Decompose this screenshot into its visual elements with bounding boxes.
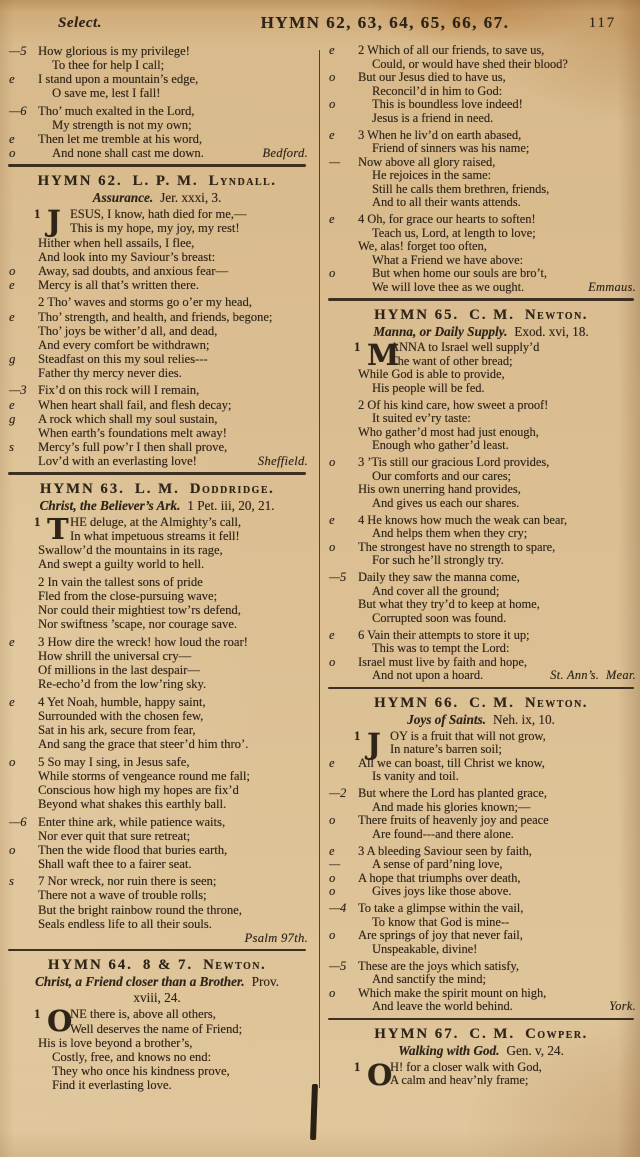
- dropcap-lines: 1OH! for a closer walk with God,A calm a…: [326, 1061, 636, 1088]
- hymn-line: Still he calls them brethren, friends,: [326, 183, 636, 197]
- hymn-line: —6Enter thine ark, while patience waits,: [6, 815, 308, 829]
- hymn-line: What a Friend we have above:: [326, 254, 636, 268]
- expression-marker: e: [329, 757, 335, 771]
- hymn-line: o5 So may I sing, in Jesus safe,: [6, 755, 308, 769]
- tune-attribution: Bedford.: [256, 146, 308, 160]
- expression-marker: e: [329, 629, 335, 643]
- hymn-line: Surrounded with the chosen few,: [6, 709, 308, 723]
- expression-marker: e: [329, 44, 335, 58]
- expression-marker: o: [9, 755, 15, 769]
- expression-marker: o: [329, 267, 335, 281]
- hymn-line: eMercy is all that’s written there.: [6, 278, 308, 292]
- section-rule: [8, 472, 306, 475]
- drop-cap: J: [367, 731, 381, 757]
- expression-marker: g: [9, 412, 15, 426]
- expression-marker: o: [329, 814, 335, 828]
- hymn-line: oIsrael must live by faith and hope,: [326, 656, 636, 670]
- hymn-line: Costly, free, and knows no end:: [6, 1050, 308, 1064]
- hymn-stanza: —4To take a glimpse within the vail,To k…: [326, 902, 636, 956]
- hymn-line: To know that God is mine--: [326, 916, 636, 930]
- hymn-stanza: 2 Tho’ waves and storms go o’er my head,…: [6, 295, 308, 380]
- hymn-line: oThe strongest have no strength to spare…: [326, 541, 636, 555]
- tune-attribution: Psalm 97th.: [239, 931, 308, 945]
- hymn-line: Emmaus.We will love thee as we ought.: [326, 281, 636, 295]
- hymn-line: Nor could their mightiest tow’rs defend,: [6, 603, 308, 617]
- hymn-line: oBut our Jesus died to have us,: [326, 71, 636, 85]
- hymn-line: They who once his kindness prove,: [6, 1064, 308, 1078]
- expression-marker: e: [9, 72, 15, 86]
- tune-attribution: Emmaus.: [582, 281, 636, 295]
- hymn-verse: 1OH! for a closer walk with God,A calm a…: [326, 1061, 636, 1088]
- hymn-stanza: e4 Yet Noah, humble, happy saint,Surroun…: [6, 695, 308, 751]
- hymn-stanza: 2 In vain the tallest sons of prideFled …: [6, 575, 308, 631]
- scripture-reference: Gen. v, 24.: [506, 1043, 563, 1058]
- hymn-stanza: o3 ’Tis still our gracious Lord provides…: [326, 456, 636, 510]
- hymn-line: His people will be fed.: [326, 382, 636, 396]
- dropcap-lines: 1JOY is a fruit that will not grow,In na…: [326, 730, 636, 757]
- expression-marker: e: [329, 213, 335, 227]
- hymn-author: Doddridge.: [190, 481, 274, 497]
- hymn-line: —3Fix’d on this rock will I remain,: [6, 383, 308, 397]
- hymn-line: It suited ev’ry taste:: [326, 412, 636, 426]
- hymn-stanza: —6Enter thine ark, while patience waits,…: [6, 815, 308, 871]
- hymn-title: Christ, a Friend closer than a Brother.: [35, 974, 245, 989]
- dropcap-lines: 1THE deluge, at the Almighty’s call,In w…: [6, 515, 308, 543]
- tune-attribution: St. Ann’s. Mear.: [544, 669, 636, 683]
- drop-cap: T: [47, 516, 69, 542]
- hymn-line: s7 Nor wreck, nor ruin there is seen;: [6, 874, 308, 888]
- hymn-line: Swallow’d the mountains in its rage,: [6, 543, 308, 557]
- hymn-title: Walking with God.: [398, 1043, 499, 1058]
- hymn-line: The want of other bread;: [390, 355, 636, 369]
- hymn-stanza: e3 How dire the wreck! how loud the roar…: [6, 635, 308, 691]
- hymn-line: ESUS, I know, hath died for me,—: [70, 207, 308, 221]
- hymn-line: But what they try’d to keep at home,: [326, 598, 636, 612]
- hymn-line: e3 How dire the wreck! how loud the roar…: [6, 635, 308, 649]
- hymn-line: While God is able to provide,: [326, 368, 636, 382]
- hymn-line: oThis is boundless love indeed!: [326, 98, 636, 112]
- hymn-line: In what impetuous streams it fell!: [70, 529, 308, 543]
- hymn-meter: C. M.: [469, 695, 515, 711]
- hymn-line: For such he’ll strongly try.: [326, 554, 636, 568]
- hymn-subtitle: Assurance.Jer. xxxi, 3.: [6, 190, 308, 206]
- hymn-heading: HYMN 64.8 & 7.Newton.: [6, 956, 308, 974]
- column-divider-ink-blot: [310, 1084, 318, 1140]
- hymn-line: oAway, sad doubts, and anxious fear—: [6, 264, 308, 278]
- hymn-line: And swept a guilty world to hell.: [6, 557, 308, 571]
- hymn-author: Newton.: [525, 307, 588, 323]
- expression-marker: —3: [9, 383, 27, 397]
- hymn-meter: 8 & 7.: [143, 957, 193, 973]
- hymn-line: —4To take a glimpse within the vail,: [326, 902, 636, 916]
- expression-marker: e: [9, 635, 15, 649]
- hymn-line: o3 ’Tis still our gracious Lord provides…: [326, 456, 636, 470]
- scripture-reference: Jer. xxxi, 3.: [160, 190, 221, 205]
- hymn-author: Newton.: [203, 957, 266, 973]
- hymn-number: HYMN 64.: [48, 957, 133, 973]
- hymn-line: We, alas! forget too often,: [326, 240, 636, 254]
- hymn-number: HYMN 66.: [374, 695, 459, 711]
- hymn-line: Of millions in the last despair—: [6, 663, 308, 677]
- hymn-verse: 1THE deluge, at the Almighty’s call,In w…: [6, 515, 308, 571]
- hymn-line: eWhen heart shall fail, and flesh decay;: [6, 398, 308, 412]
- expression-marker: —6: [9, 104, 27, 118]
- hymn-line: e6 Vain their attempts to store it up;: [326, 629, 636, 643]
- hymn-stanza: e3 When he liv’d on earth abased,Friend …: [326, 129, 636, 210]
- section-rule: [8, 949, 306, 952]
- hymn-line: eAll we can boast, till Christ we know,: [326, 757, 636, 771]
- hymn-line: In nature’s barren soil;: [390, 743, 636, 757]
- hymn-line: —Now above all glory raised,: [326, 156, 636, 170]
- hymn-heading: HYMN 62.L. P. M.Lyndall.: [6, 172, 308, 190]
- expression-marker: —2: [329, 787, 346, 801]
- expression-marker: s: [9, 874, 14, 888]
- hymn-line: —5These are the joys which satisfy,: [326, 960, 636, 974]
- hymn-meter: C. M.: [469, 307, 515, 323]
- hymn-line: And to all their wants attends.: [326, 196, 636, 210]
- hymn-line: eTho’ strength, and health, and friends,…: [6, 310, 308, 324]
- expression-marker: —5: [9, 44, 27, 58]
- hymn-line: And helps them when they cry;: [326, 527, 636, 541]
- hymn-line: Sheffield.Lov’d with an everlasting love…: [6, 454, 308, 468]
- hymn-line: Father thy mercy never dies.: [6, 366, 308, 380]
- hymn-number: HYMN 62.: [38, 173, 123, 189]
- hymn-line: Beyond what shakes this earthly ball.: [6, 797, 308, 811]
- expression-marker: o: [329, 98, 335, 112]
- expression-marker: —5: [329, 571, 346, 585]
- hymn-line: oAre springs of joy that never fail,: [326, 929, 636, 943]
- expression-marker: o: [329, 872, 335, 886]
- hymn-line: oA hope that triumphs over death,: [326, 872, 636, 886]
- expression-marker: o: [329, 929, 335, 943]
- right-column: e2 Which of all our friends, to save us,…: [326, 44, 636, 1091]
- hymn-heading: HYMN 66.C. M.Newton.: [326, 694, 636, 712]
- hymn-line: And cover all the ground;: [326, 585, 636, 599]
- hymn-heading: HYMN 67.C. M.Cowper.: [326, 1025, 636, 1043]
- expression-marker: o: [329, 71, 335, 85]
- hymn-line: gSteadfast on this my soul relies---: [6, 352, 308, 366]
- hymn-subtitle: Joys of Saints.Neh. ix, 10.: [326, 712, 636, 728]
- hymn-stanza: —3Fix’d on this rock will I remain,eWhen…: [6, 383, 308, 468]
- hymn-stanza: —5Daily they saw the manna come,And cove…: [326, 571, 636, 625]
- hymn-title: Christ, the Believer’s Ark.: [40, 498, 181, 513]
- expression-marker: s: [9, 440, 14, 454]
- hymn-line: oGives joys like those above.: [326, 885, 636, 899]
- hymn-line: HE deluge, at the Almighty’s call,: [70, 515, 308, 529]
- hymn-line: 2 In vain the tallest sons of pride: [6, 575, 308, 589]
- hymn-line: eI stand upon a mountain’s edge,: [6, 72, 308, 86]
- drop-cap: M: [367, 342, 399, 368]
- hymn-stanza: s7 Nor wreck, nor ruin there is seen;The…: [6, 874, 308, 944]
- hymn-line: This is my hope, my joy, my rest!: [70, 221, 308, 235]
- hymn-line: Shall waft thee to a fairer seat.: [6, 857, 308, 871]
- drop-cap: O: [367, 1062, 392, 1088]
- expression-marker: e: [329, 845, 335, 859]
- hymn-stanza: —2But where the Lord has planted grace,A…: [326, 787, 636, 841]
- section-rule: [8, 164, 306, 167]
- hymn-line: Psalm 97th.: [6, 931, 308, 945]
- hymn-line: While storms of vengeance round me fall;: [6, 769, 308, 783]
- tune-attribution: York.: [603, 1000, 636, 1014]
- hymn-line: He rejoices in the same:: [326, 169, 636, 183]
- hymn-line: There not a wave of trouble rolls;: [6, 888, 308, 902]
- hymn-line: —2But where the Lord has planted grace,: [326, 787, 636, 801]
- expression-marker: o: [329, 987, 335, 1001]
- hymn-line: Could, or would have shed their blood?: [326, 58, 636, 72]
- hymn-stanza: o5 So may I sing, in Jesus safe,While st…: [6, 755, 308, 811]
- hymn-line: e3 A bleeding Saviour seen by faith,: [326, 845, 636, 859]
- tune-attribution: Sheffield.: [252, 454, 308, 468]
- hymn-line: 2 Of his kind care, how sweet a proof!: [326, 399, 636, 413]
- hymn-line: Is vanity and toil.: [326, 770, 636, 784]
- expression-marker: —: [329, 858, 340, 872]
- dropcap-lines: 1ONE there is, above all others,Well des…: [6, 1007, 308, 1035]
- expression-marker: e: [9, 132, 15, 146]
- hymn-stanza: e2 Which of all our friends, to save us,…: [326, 44, 636, 125]
- hymn-line: Seals endless life to all their souls.: [6, 917, 308, 931]
- hymn-author: Newton.: [525, 695, 588, 711]
- hymn-author: Lyndall.: [209, 173, 277, 189]
- expression-marker: e: [329, 129, 335, 143]
- expression-marker: e: [9, 278, 15, 292]
- expression-marker: o: [9, 146, 15, 160]
- hymn-subtitle: Manna, or Daily Supply.Exod. xvi, 18.: [326, 324, 636, 340]
- hymn-line: H! for a closer walk with God,: [390, 1061, 636, 1075]
- hymn-number: HYMN 65.: [374, 307, 459, 323]
- hymn-stanza: 2 Of his kind care, how sweet a proof!It…: [326, 399, 636, 453]
- hymn-stanza: —6Tho’ much exalted in the Lord,My stren…: [6, 104, 308, 160]
- hymn-line: Conscious how high my hopes are fix’d: [6, 783, 308, 797]
- hymn-line: And gives us each our shares.: [326, 497, 636, 511]
- hymn-line: A calm and heav’nly frame;: [390, 1074, 636, 1088]
- hymn-stanza: e3 A bleeding Saviour seen by faith,—A s…: [326, 845, 636, 899]
- expression-marker: e: [9, 310, 15, 324]
- hymn-line: His is love beyond a brother’s,: [6, 1036, 308, 1050]
- hymn-line: And every comfort be withdrawn;: [6, 338, 308, 352]
- hymn-line: This was to tempt the Lord:: [326, 642, 636, 656]
- hymn-stanza: e4 Oh, for grace our hearts to soften!Te…: [326, 213, 636, 294]
- hymn-line: oWhich make the spirit mount on high,: [326, 987, 636, 1001]
- section-rule: [328, 1018, 634, 1021]
- hymn-subtitle: Christ, a Friend closer than a Brother.P…: [6, 974, 308, 1005]
- hymn-line: When earth’s foundations melt away!: [6, 426, 308, 440]
- hymn-line: And look into my Saviour’s breast:: [6, 250, 308, 264]
- hymn-line: e4 Oh, for grace our hearts to soften!: [326, 213, 636, 227]
- expression-marker: o: [329, 885, 335, 899]
- hymn-subtitle: Walking with God.Gen. v, 24.: [326, 1043, 636, 1059]
- column-divider: [319, 50, 320, 1088]
- section-rule: [328, 298, 634, 301]
- expression-marker: —5: [329, 960, 346, 974]
- expression-marker: e: [329, 514, 335, 528]
- left-column: —5How glorious is my privilege!To thee f…: [6, 44, 308, 1096]
- hymn-line: —6Tho’ much exalted in the Lord,: [6, 104, 308, 118]
- hymn-line: Find it everlasting love.: [6, 1078, 308, 1092]
- hymn-line: ANNA to Israel well supply’d: [390, 341, 636, 355]
- hymn-line: Re-echo’d from the low’ring sky.: [6, 677, 308, 691]
- hymn-line: oThen the wide flood that buries earth,: [6, 843, 308, 857]
- expression-marker: —6: [9, 815, 27, 829]
- hymn-meter: L. P. M.: [133, 173, 199, 189]
- expression-marker: o: [329, 656, 335, 670]
- hymn-line: sMercy’s full pow’r I then shall prove,: [6, 440, 308, 454]
- expression-marker: o: [9, 843, 15, 857]
- hymn-title: Joys of Saints.: [407, 712, 486, 727]
- hymn-line: And sanctify the mind;: [326, 973, 636, 987]
- hymn-line: And made his glories known;—: [326, 801, 636, 815]
- hymn-line: Unspeakable, divine!: [326, 943, 636, 957]
- hymn-line: —5Daily they saw the manna come,: [326, 571, 636, 585]
- page-number: 117: [589, 15, 616, 32]
- dropcap-lines: 1MANNA to Israel well supply’dThe want o…: [326, 341, 636, 368]
- hymn-line: OY is a fruit that will not grow,: [390, 730, 636, 744]
- hymn-line: oBut when home our souls are bro’t,: [326, 267, 636, 281]
- hymn-line: NE there is, above all others,: [70, 1007, 308, 1021]
- hymn-title: Assurance.: [93, 190, 153, 205]
- hymn-line: gA rock which shall my soul sustain,: [6, 412, 308, 426]
- hymn-line: Fled from the close-pursuing wave;: [6, 589, 308, 603]
- hymn-line: Are found---and there alone.: [326, 828, 636, 842]
- hymn-line: My strength is not my own;: [6, 118, 308, 132]
- hymn-verse: 1JESUS, I know, hath died for me,—This i…: [6, 207, 308, 292]
- scripture-reference: Neh. ix, 10.: [493, 712, 555, 727]
- drop-cap: O: [47, 1008, 72, 1034]
- expression-marker: —4: [329, 902, 346, 916]
- page-header-hymn-range: HYMN 62, 63, 64, 65, 66, 67.: [170, 13, 600, 33]
- hymn-line: Teach us, Lord, at length to love;: [326, 227, 636, 241]
- verse-number: 1: [34, 1007, 40, 1021]
- hymn-line: —5How glorious is my privilege!: [6, 44, 308, 58]
- verse-number: 1: [354, 730, 360, 744]
- hymn-line: e4 He knows how much the weak can bear,: [326, 514, 636, 528]
- hymn-meter: C. M.: [469, 1026, 515, 1042]
- hymn-line: His own unerring hand provides,: [326, 483, 636, 497]
- hymn-line: —A sense of pard’ning love,: [326, 858, 636, 872]
- hymn-line: Enough who gather’d least.: [326, 439, 636, 453]
- expression-marker: —: [329, 156, 340, 170]
- verse-number: 1: [354, 341, 360, 355]
- verse-number: 1: [34, 515, 40, 529]
- hymn-line: Reconcil’d in him to God:: [326, 85, 636, 99]
- expression-marker: o: [329, 456, 335, 470]
- hymn-heading: HYMN 63.L. M.Doddridge.: [6, 480, 308, 498]
- hymn-line: To thee for help I call;: [6, 58, 308, 72]
- hymn-number: HYMN 63.: [40, 481, 125, 497]
- hymn-line: Tho’ joys be wither’d all, and dead,: [6, 324, 308, 338]
- hymn-stanza: e4 He knows how much the weak can bear,A…: [326, 514, 636, 568]
- hymn-line: How shrill the universal cry—: [6, 649, 308, 663]
- hymn-line: eThen let me tremble at his word,: [6, 132, 308, 146]
- hymn-verse: 1JOY is a fruit that will not grow,In na…: [326, 730, 636, 784]
- hymn-line: But the bright rainbow round the throne,: [6, 903, 308, 917]
- hymn-number: HYMN 67.: [374, 1026, 459, 1042]
- hymn-line: Who gather’d most had just enough,: [326, 426, 636, 440]
- hymn-title: Manna, or Daily Supply.: [373, 324, 507, 339]
- expression-marker: o: [9, 264, 15, 278]
- hymn-line: Well deserves the name of Friend;: [70, 1022, 308, 1036]
- hymn-subtitle: Christ, the Believer’s Ark.1 Pet. iii, 2…: [6, 498, 308, 514]
- expression-marker: e: [9, 695, 15, 709]
- hymn-line: York.And leave the world behind.: [326, 1000, 636, 1014]
- hymn-line: Friend of sinners was his name;: [326, 142, 636, 156]
- hymn-author: Cowper.: [525, 1026, 588, 1042]
- hymn-line: e3 When he liv’d on earth abased,: [326, 129, 636, 143]
- hymn-line: Corrupted soon was found.: [326, 612, 636, 626]
- hymn-line: oThere fruits of heavenly joy and peace: [326, 814, 636, 828]
- verse-number: 1: [34, 207, 40, 221]
- hymn-stanza: —5These are the joys which satisfy,And s…: [326, 960, 636, 1014]
- hymn-line: O save me, lest I fall!: [6, 86, 308, 100]
- hymn-line: Jesus is a friend in need.: [326, 112, 636, 126]
- verse-number: 1: [354, 1061, 360, 1075]
- hymn-meter: L. M.: [135, 481, 180, 497]
- expression-marker: g: [9, 352, 15, 366]
- running-title: Select.: [58, 15, 102, 32]
- section-rule: [328, 687, 634, 690]
- dropcap-lines: 1JESUS, I know, hath died for me,—This i…: [6, 207, 308, 235]
- hymn-stanza: —5How glorious is my privilege!To thee f…: [6, 44, 308, 100]
- scripture-reference: Exod. xvi, 18.: [514, 324, 588, 339]
- hymn-line: e4 Yet Noah, humble, happy saint,: [6, 695, 308, 709]
- book-page: Select. HYMN 62, 63, 64, 65, 66, 67. 117…: [0, 0, 640, 1157]
- hymn-line: Our comforts and our cares;: [326, 470, 636, 484]
- expression-marker: o: [329, 541, 335, 555]
- drop-cap: J: [47, 208, 61, 234]
- hymn-heading: HYMN 65.C. M.Newton.: [326, 306, 636, 324]
- hymn-line: Nor swiftness ’scape, nor courage save.: [6, 617, 308, 631]
- hymn-line: Sat in his ark, secure from fear,: [6, 723, 308, 737]
- expression-marker: e: [9, 398, 15, 412]
- hymn-line: 2 Tho’ waves and storms go o’er my head,: [6, 295, 308, 309]
- hymn-line: Bedford.oAnd none shall cast me down.: [6, 146, 308, 160]
- hymn-line: Nor ever quit that sure retreat;: [6, 829, 308, 843]
- hymn-line: And sang the grace that steer’d him thro…: [6, 737, 308, 751]
- hymn-verse: 1ONE there is, above all others,Well des…: [6, 1007, 308, 1092]
- hymn-line: Hither when hell assails, I flee,: [6, 236, 308, 250]
- hymn-line: e2 Which of all our friends, to save us,: [326, 44, 636, 58]
- hymn-stanza: e6 Vain their attempts to store it up;Th…: [326, 629, 636, 683]
- hymn-verse: 1MANNA to Israel well supply’dThe want o…: [326, 341, 636, 395]
- scripture-reference: 1 Pet. iii, 20, 21.: [187, 498, 274, 513]
- hymn-line: St. Ann’s. Mear.And not upon a hoard.: [326, 669, 636, 683]
